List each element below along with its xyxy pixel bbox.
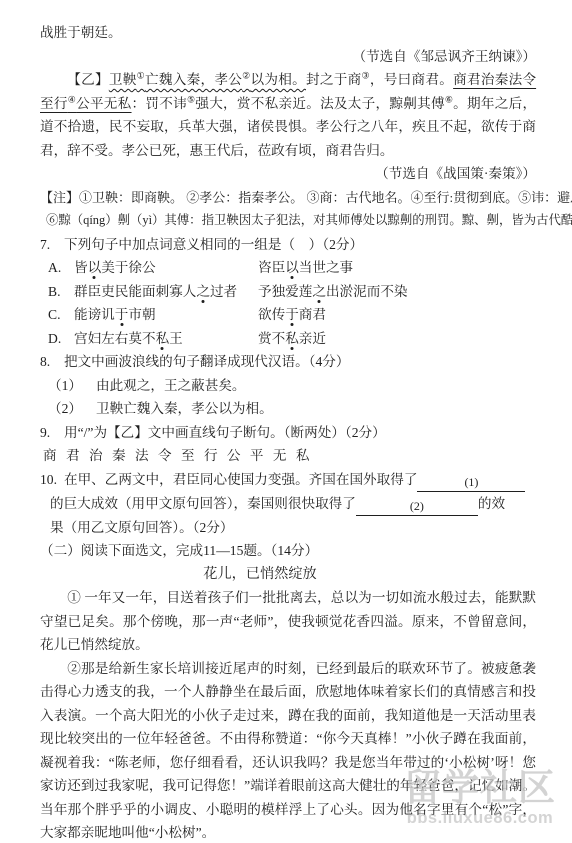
option-d-label: D. <box>48 327 74 351</box>
jia-source: （节选自《邹忌讽齐王纳谏》） <box>40 45 536 69</box>
question-8-item-1: （1）由此观之，王之蔽甚矣。 <box>40 374 536 398</box>
option-d-right: 赏不私亲近 <box>258 331 326 346</box>
passage-yi: 【乙】卫鞅①亡魏入秦，孝公②以为相。封之于商③，号曰商君。商君治秦法令至行④公平… <box>40 68 536 162</box>
yi-tag: 【乙】 <box>67 72 109 87</box>
notes-line-1: 【注】①卫鞅：即商鞅。 ②孝公：指秦孝公。 ③商：古代地名。④至行:贯彻到底。⑤… <box>40 186 536 210</box>
answer-blank-1: (1) <box>417 474 525 492</box>
question-9-number: 9. <box>40 421 57 445</box>
section-2-header: （二）阅读下面选文，完成11—15题。（14分） <box>40 539 536 563</box>
option-c-right: 欲传于商君 <box>258 307 326 322</box>
note-ref-4: ④ <box>68 94 76 104</box>
emphasized-char: 私 <box>156 331 170 346</box>
emphasized-char: 以 <box>88 260 102 275</box>
page-content: 战胜于朝廷。 （节选自《邹忌讽齐王纳谏》） 【乙】卫鞅①亡魏入秦，孝公②以为相。… <box>40 21 536 843</box>
question-8-stem: 8.把文中画波浪线的句子翻译成现代汉语。（4分） <box>40 350 536 374</box>
essay-title: 花儿，已悄然绽放 <box>40 563 536 587</box>
emphasized-char: 于 <box>285 307 299 322</box>
question-10-line-2: 的巨大成效（用甲文原句回答），秦国则很快取得了(2)的效 <box>40 492 536 516</box>
option-d-left: 宫妇左右莫不私王 <box>74 327 258 351</box>
yi-source: （节选自《战国策·秦策》） <box>40 162 536 186</box>
question-10-number: 10. <box>40 468 57 492</box>
emphasized-char: 以 <box>285 260 299 275</box>
question-7-option-d: D.宫妇左右莫不私王赏不私亲近 <box>40 327 536 351</box>
question-7-option-c: C.能谤讥于市朝欲传于商君 <box>40 303 536 327</box>
essay-paragraph-1: ① 一年又一年，目送着孩子们一批批离去，总以为一切如流水般过去，能默默守望已足矣… <box>40 586 536 657</box>
option-c-left: 能谤讥于市朝 <box>74 303 258 327</box>
emphasized-char: 之 <box>196 284 210 299</box>
question-7-option-a: A.皆以美于徐公咨臣以当世之事 <box>40 256 536 280</box>
emphasized-char: 于 <box>115 307 129 322</box>
yi-wavy-underlined-sentence: 卫鞅①亡魏入秦，孝公②以为相。 <box>109 72 306 87</box>
notes-line-2: ⑥黥（qíng）劓（yì）其傅：指卫鞅因太子犯法，对其师傅处以黥劓的刑罚。黥、劓… <box>40 209 536 233</box>
option-a-label: A. <box>48 256 74 280</box>
option-a-right: 咨臣以当世之事 <box>258 260 353 275</box>
option-a-left: 皆以美于徐公 <box>74 256 258 280</box>
question-9-sentence: 商 君 治 秦 法 令 至 行 公 平 无 私 <box>40 444 536 468</box>
question-7-option-b: B.群臣吏民能面刺寡人之过者予独爱莲之出淤泥而不染 <box>40 280 536 304</box>
emphasized-char: 之 <box>312 284 326 299</box>
note-ref-1: ① <box>137 70 145 80</box>
question-7-stem: 7.下列句子中加点词意义相同的一组是（ ）（2分） <box>40 233 536 257</box>
question-10-line-1: 10.在甲、乙两文中，君臣同心使国力变强。齐国在国外取得了(1) <box>40 468 536 492</box>
option-b-right: 予独爱莲之出淤泥而不染 <box>258 284 408 299</box>
emphasized-char: 私 <box>285 331 299 346</box>
question-9-stem: 9.用“/”为【乙】文中画直线句子断句。（断两处）（2分） <box>40 421 536 445</box>
option-b-left: 群臣吏民能面刺寡人之过者 <box>74 280 258 304</box>
question-8-number: 8. <box>40 350 57 374</box>
option-c-label: C. <box>48 303 74 327</box>
option-b-label: B. <box>48 280 74 304</box>
note-ref-3: ③ <box>361 70 369 80</box>
answer-blank-2: (2) <box>356 498 478 516</box>
question-8-item-2: （2）卫鞅亡魏入秦，孝公以为相。 <box>40 397 536 421</box>
question-10-line-3: 果（用乙文原句回答）。（2分） <box>40 516 536 540</box>
exam-page: 战胜于朝廷。 （节选自《邹忌讽齐王纳谏》） 【乙】卫鞅①亡魏入秦，孝公②以为相。… <box>0 0 572 843</box>
essay-paragraph-2: ②那是给新生家长培训接近尾声的时刻，已经到最后的联欢环节了。被疲惫袭击得心力透支… <box>40 657 536 843</box>
jia-last-line: 战胜于朝廷。 <box>40 21 536 45</box>
question-7-number: 7. <box>40 233 57 257</box>
note-ref-6: ⑥ <box>445 94 453 104</box>
